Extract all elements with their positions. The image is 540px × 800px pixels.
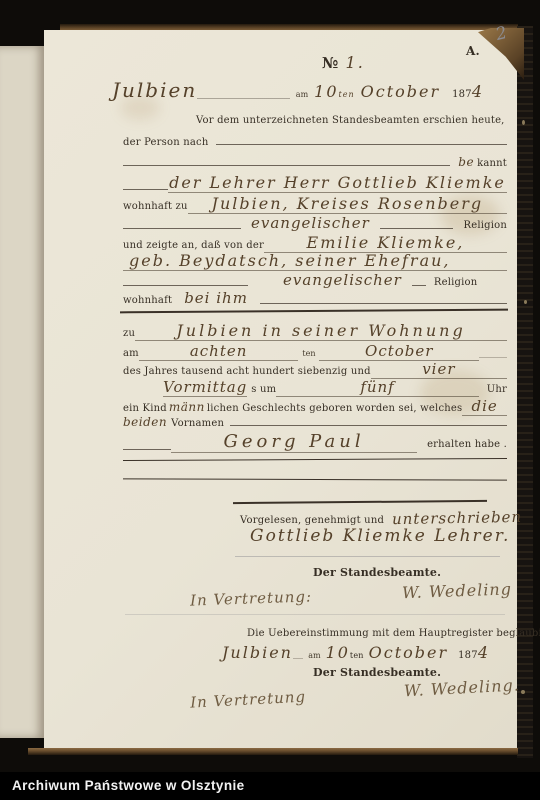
form-line xyxy=(412,285,426,286)
religion2-label: Religion xyxy=(434,277,478,288)
certification-am: am xyxy=(308,651,320,660)
person-nach-row: der Person nach xyxy=(123,137,507,148)
birth-month: October xyxy=(319,342,479,361)
registrar-label-row2: Der Standesbeamte. xyxy=(313,666,441,679)
registrar-label1: Der Standesbeamte. xyxy=(313,566,441,579)
religion2-row: evangelischer Religion xyxy=(123,271,507,289)
form-line xyxy=(216,144,507,145)
header-year-written: 4 xyxy=(472,82,484,101)
archive-watermark: Archiwum Państwowe w Olsztynie xyxy=(12,778,245,793)
declarant-signature-row: Gottlieb Kliemke Lehrer. xyxy=(250,526,510,546)
vorgelesen-label: Vorgelesen, genehmigt und xyxy=(240,515,384,526)
header-day: 10 xyxy=(314,82,338,101)
faint-guide-line xyxy=(235,556,500,557)
given-names: Georg Paul xyxy=(171,431,417,453)
corner-letter: A. xyxy=(466,44,480,58)
bekannt-printed: kannt xyxy=(477,158,507,169)
declarant-name: der Lehrer Herr Gottlieb Kliemke xyxy=(168,173,507,193)
daytime-value: Vormittag xyxy=(163,378,247,397)
person-nach-label: der Person nach xyxy=(123,137,208,148)
paper-speck xyxy=(522,120,525,125)
registrar-label2: Der Standesbeamte. xyxy=(313,666,441,679)
certification-place: Julbien xyxy=(222,643,293,662)
bekannt-handwritten: be xyxy=(458,155,474,169)
faint-guide-line xyxy=(125,614,505,615)
vorgelesen-row: Vorgelesen, genehmigt und unterschrieben xyxy=(240,509,522,527)
intro-row: Vor dem unterzeichneten Standesbeamten e… xyxy=(196,115,505,126)
intro-text: Vor dem unterzeichneten Standesbeamten e… xyxy=(196,115,505,126)
mother-name: Emilie Kliemke, xyxy=(264,233,507,253)
child-gender-row: ein Kind männ lichen Geschlechts geboren… xyxy=(123,397,507,416)
record-number-row: № 1. xyxy=(322,53,365,72)
birth-place: Julbien in seiner Wohnung xyxy=(135,321,507,341)
certification-year-written: 4 xyxy=(478,643,490,662)
mother-birthname: geb. Beydatsch, seiner Ehefrau, xyxy=(123,251,507,271)
registrar-sig1-name: W. Wedeling xyxy=(402,579,513,602)
die-value: die xyxy=(462,397,507,416)
form-line xyxy=(479,357,507,358)
declarant-residence: Julbien, Kreises Rosenberg xyxy=(188,194,507,214)
zeigte-an-label: und zeigte an, daß von der xyxy=(123,240,264,251)
declarant-signature: Gottlieb Kliemke Lehrer. xyxy=(250,526,510,546)
form-line xyxy=(380,228,454,229)
header-am-label: am xyxy=(296,90,308,99)
paper-speck xyxy=(524,300,527,304)
registrar-label-row1: Der Standesbeamte. xyxy=(313,566,441,579)
paper-speck xyxy=(521,690,525,694)
certification-statement-row: Die Uebereinstimmung mit dem Hauptregist… xyxy=(247,628,540,639)
record-number-label: № xyxy=(322,54,339,72)
facing-page-edge xyxy=(0,46,46,738)
birth-time-row: Vormittag s um fünf Uhr xyxy=(123,378,507,397)
given-names-row: Georg Paul erhalten habe . xyxy=(123,431,507,453)
wohnhaft-bei-row: wohnhaft bei ihm xyxy=(123,289,507,307)
religion1-row: evangelischer Religion xyxy=(123,214,507,232)
mother-birthname-row: geb. Beydatsch, seiner Ehefrau, xyxy=(123,251,507,271)
form-line xyxy=(293,658,303,659)
certification-day: 10 xyxy=(326,643,350,662)
header-year-printed: 187 xyxy=(452,89,472,100)
certification-statement: Die Uebereinstimmung mit dem Hauptregist… xyxy=(247,628,540,639)
vornamen-label: Vornamen xyxy=(171,418,224,429)
beiden-value: beiden xyxy=(123,415,167,429)
birth-place-row: zu Julbien in seiner Wohnung xyxy=(123,321,507,341)
uhr-label: Uhr xyxy=(487,384,507,395)
header-place-date-row: Julbien am 10ten October 1874 xyxy=(112,78,484,102)
zu-label: zu xyxy=(123,328,135,339)
religion1-label: Religion xyxy=(463,220,507,231)
book-cover-right-edge xyxy=(517,26,533,758)
header-month: October xyxy=(361,82,441,101)
vornamen-row: beiden Vornamen xyxy=(123,415,507,429)
mother-row: und zeigte an, daß von der Emilie Kliemk… xyxy=(123,233,507,253)
declarant-row: der Lehrer Herr Gottlieb Kliemke xyxy=(123,173,507,193)
ein-kind-label: ein Kind xyxy=(123,403,167,414)
record-number-value: 1. xyxy=(346,53,365,72)
residence-row: wohnhaft zu Julbien, Kreises Rosenberg xyxy=(123,194,507,214)
s-um-label: s um xyxy=(251,384,276,395)
header-place: Julbien xyxy=(112,78,197,102)
wohnhaft-label: wohnhaft xyxy=(123,295,172,306)
form-line xyxy=(123,228,241,229)
certification-month: October xyxy=(369,643,449,662)
am-label: am xyxy=(123,348,139,359)
form-line xyxy=(123,449,171,450)
form-line xyxy=(123,285,248,286)
year-text: des Jahres tausend acht hundert siebenzi… xyxy=(123,366,371,377)
header-day-suffix: ten xyxy=(339,90,355,99)
certification-day-suffix: ten xyxy=(350,651,364,660)
form-line xyxy=(230,425,507,426)
erhalten-habe-label: erhalten habe . xyxy=(427,439,507,450)
hour-value: fünf xyxy=(276,378,478,397)
bekannt-row: be kannt xyxy=(123,155,507,169)
religion1-value: evangelischer xyxy=(251,214,370,232)
gender-value: männ xyxy=(169,400,205,414)
birth-day-row: am achten ten October xyxy=(123,342,507,361)
ten-label: ten xyxy=(302,349,315,358)
birth-day: achten xyxy=(139,342,299,361)
book-cover-bottom-edge xyxy=(28,748,518,755)
geschlechts-label: lichen Geschlechts geboren worden sei, w… xyxy=(207,403,462,414)
scanned-registry-page: 2 A. № 1. Julbien am 10ten October 1874 … xyxy=(0,0,540,800)
bei-ihm-value: bei ihm xyxy=(184,289,248,307)
form-line xyxy=(197,98,290,99)
year-word: vier xyxy=(371,360,507,379)
corner-letter-row: A. xyxy=(466,44,480,58)
form-line xyxy=(123,165,450,166)
certification-year-printed: 187 xyxy=(458,650,478,661)
religion2-value: evangelischer xyxy=(283,271,402,289)
form-line xyxy=(260,303,507,304)
wohnhaft-zu-label: wohnhaft zu xyxy=(123,201,188,212)
certification-date-row: Julbien am 10 ten October 1874 xyxy=(222,643,490,662)
form-line xyxy=(123,189,168,190)
birth-year-row: des Jahres tausend acht hundert siebenzi… xyxy=(123,360,507,379)
